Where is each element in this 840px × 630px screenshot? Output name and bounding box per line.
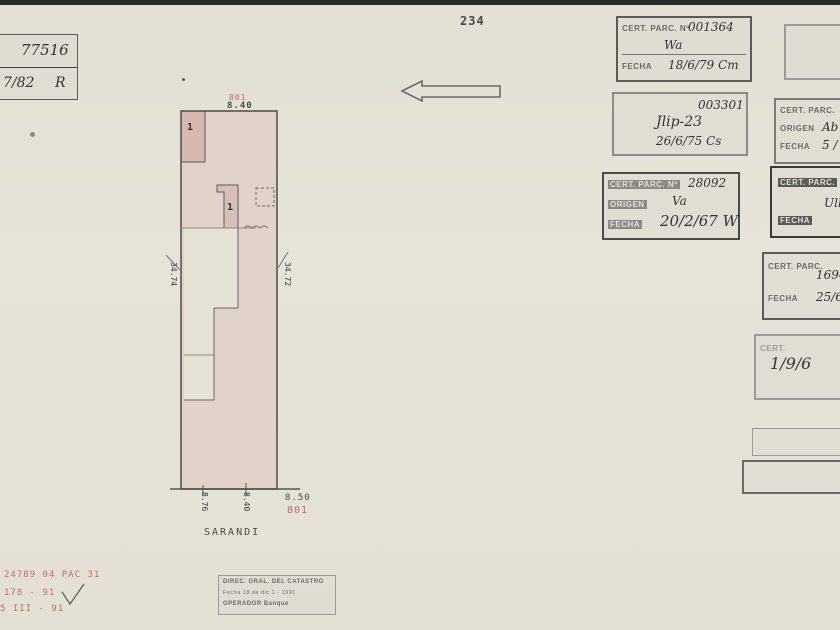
note-line: 24789 04 PAC 31 [4,570,100,580]
cert-stamp: CERT. PARC. 1694 FECHA 25/6 [762,252,840,320]
stamp-value: 001364 [688,20,734,34]
stamp-label: CERT. [760,344,786,353]
stamp-line: DIREC. GRAL. DEL CATASTRO [223,579,324,585]
note-line: 5 III - 91 [0,604,64,614]
right-side-dimension: 34.72 [283,262,292,286]
unit-label: 1 [227,202,234,213]
cadastre-stamp: DIREC. GRAL. DEL CATASTRO Fecha 18 de di… [218,575,336,615]
cert-stamp: CERT. PARC. FECHA Ull [770,166,840,238]
stamp-label: CERT. PARC. Nº [608,180,680,189]
stamp-label: FECHA [608,220,642,229]
stamp-value: 18/6/79 Cm [668,58,739,72]
stamp-label: ORIGEN [608,200,647,209]
stamp-label: CERT. PARC. [778,178,837,187]
cert-stamp-faint [784,24,840,80]
check-mark-icon [58,580,88,610]
stamp-value: Ab [822,120,838,134]
cert-stamp: CERT. PARC. Nº 001364 Wa FECHA 18/6/79 C… [616,16,752,82]
bottom-right-red-label: 801 [287,505,308,516]
cert-stamp: 003301 Jlip-23 26/6/75 Cs [612,92,748,156]
bottom-dimension: 8.76 [200,492,209,511]
top-frontage-dimension: 8.40 [227,101,253,111]
bottom-dimension: 8.40 [242,492,251,511]
stamp-value: Ull [824,196,840,210]
stamp-value: 5 / [822,138,838,152]
stamp-value: 003301 [698,98,744,112]
stamp-label: FECHA [622,62,652,71]
stamp-label: CERT. PARC. [780,106,835,115]
cert-stamp-faint [742,460,840,494]
note-line: 178 - 91 [4,588,55,598]
stamp-value: 20/2/67 W [660,212,738,230]
stamp-value: 25/6 [816,290,840,304]
cert-stamp-faint [752,428,840,456]
left-side-dimension: 34.74 [169,262,178,286]
cert-stamp: CERT. PARC. ORIGEN Ab FECHA 5 / [774,98,840,164]
stamp-value: 28092 [688,176,726,190]
street-name: SARANDI [204,527,260,538]
stamp-value: Wa [664,38,682,52]
cert-stamp: CERT. PARC. Nº 28092 ORIGEN Va FECHA 20/… [602,172,740,240]
stamp-value: Va [672,194,687,208]
stamp-label: FECHA [780,142,810,151]
stamp-value: 1/9/6 [770,354,811,373]
cert-stamp: CERT. 1/9/6 [754,334,840,400]
stamp-value: 1694 [816,268,840,282]
cadastral-plan-sheet: 234 77516 7/82 R [0,0,840,630]
stamp-label: CERT. PARC. Nº [622,24,690,33]
stamp-label: ORIGEN [780,124,815,133]
stamp-label: FECHA [778,216,812,225]
stamp-label: CERT. PARC. [768,262,823,271]
unit-label: 1 [187,122,194,133]
stamp-value: 26/6/75 Cs [656,134,721,148]
stamp-line: Fecha 18 de dic 1 - 1991 [223,590,296,596]
stamp-line: OPERADOR Banque [223,601,289,607]
stamp-value: Jlip-23 [656,114,702,130]
bottom-right-dimension: 8.50 [285,493,311,503]
stamp-label: FECHA [768,294,798,303]
